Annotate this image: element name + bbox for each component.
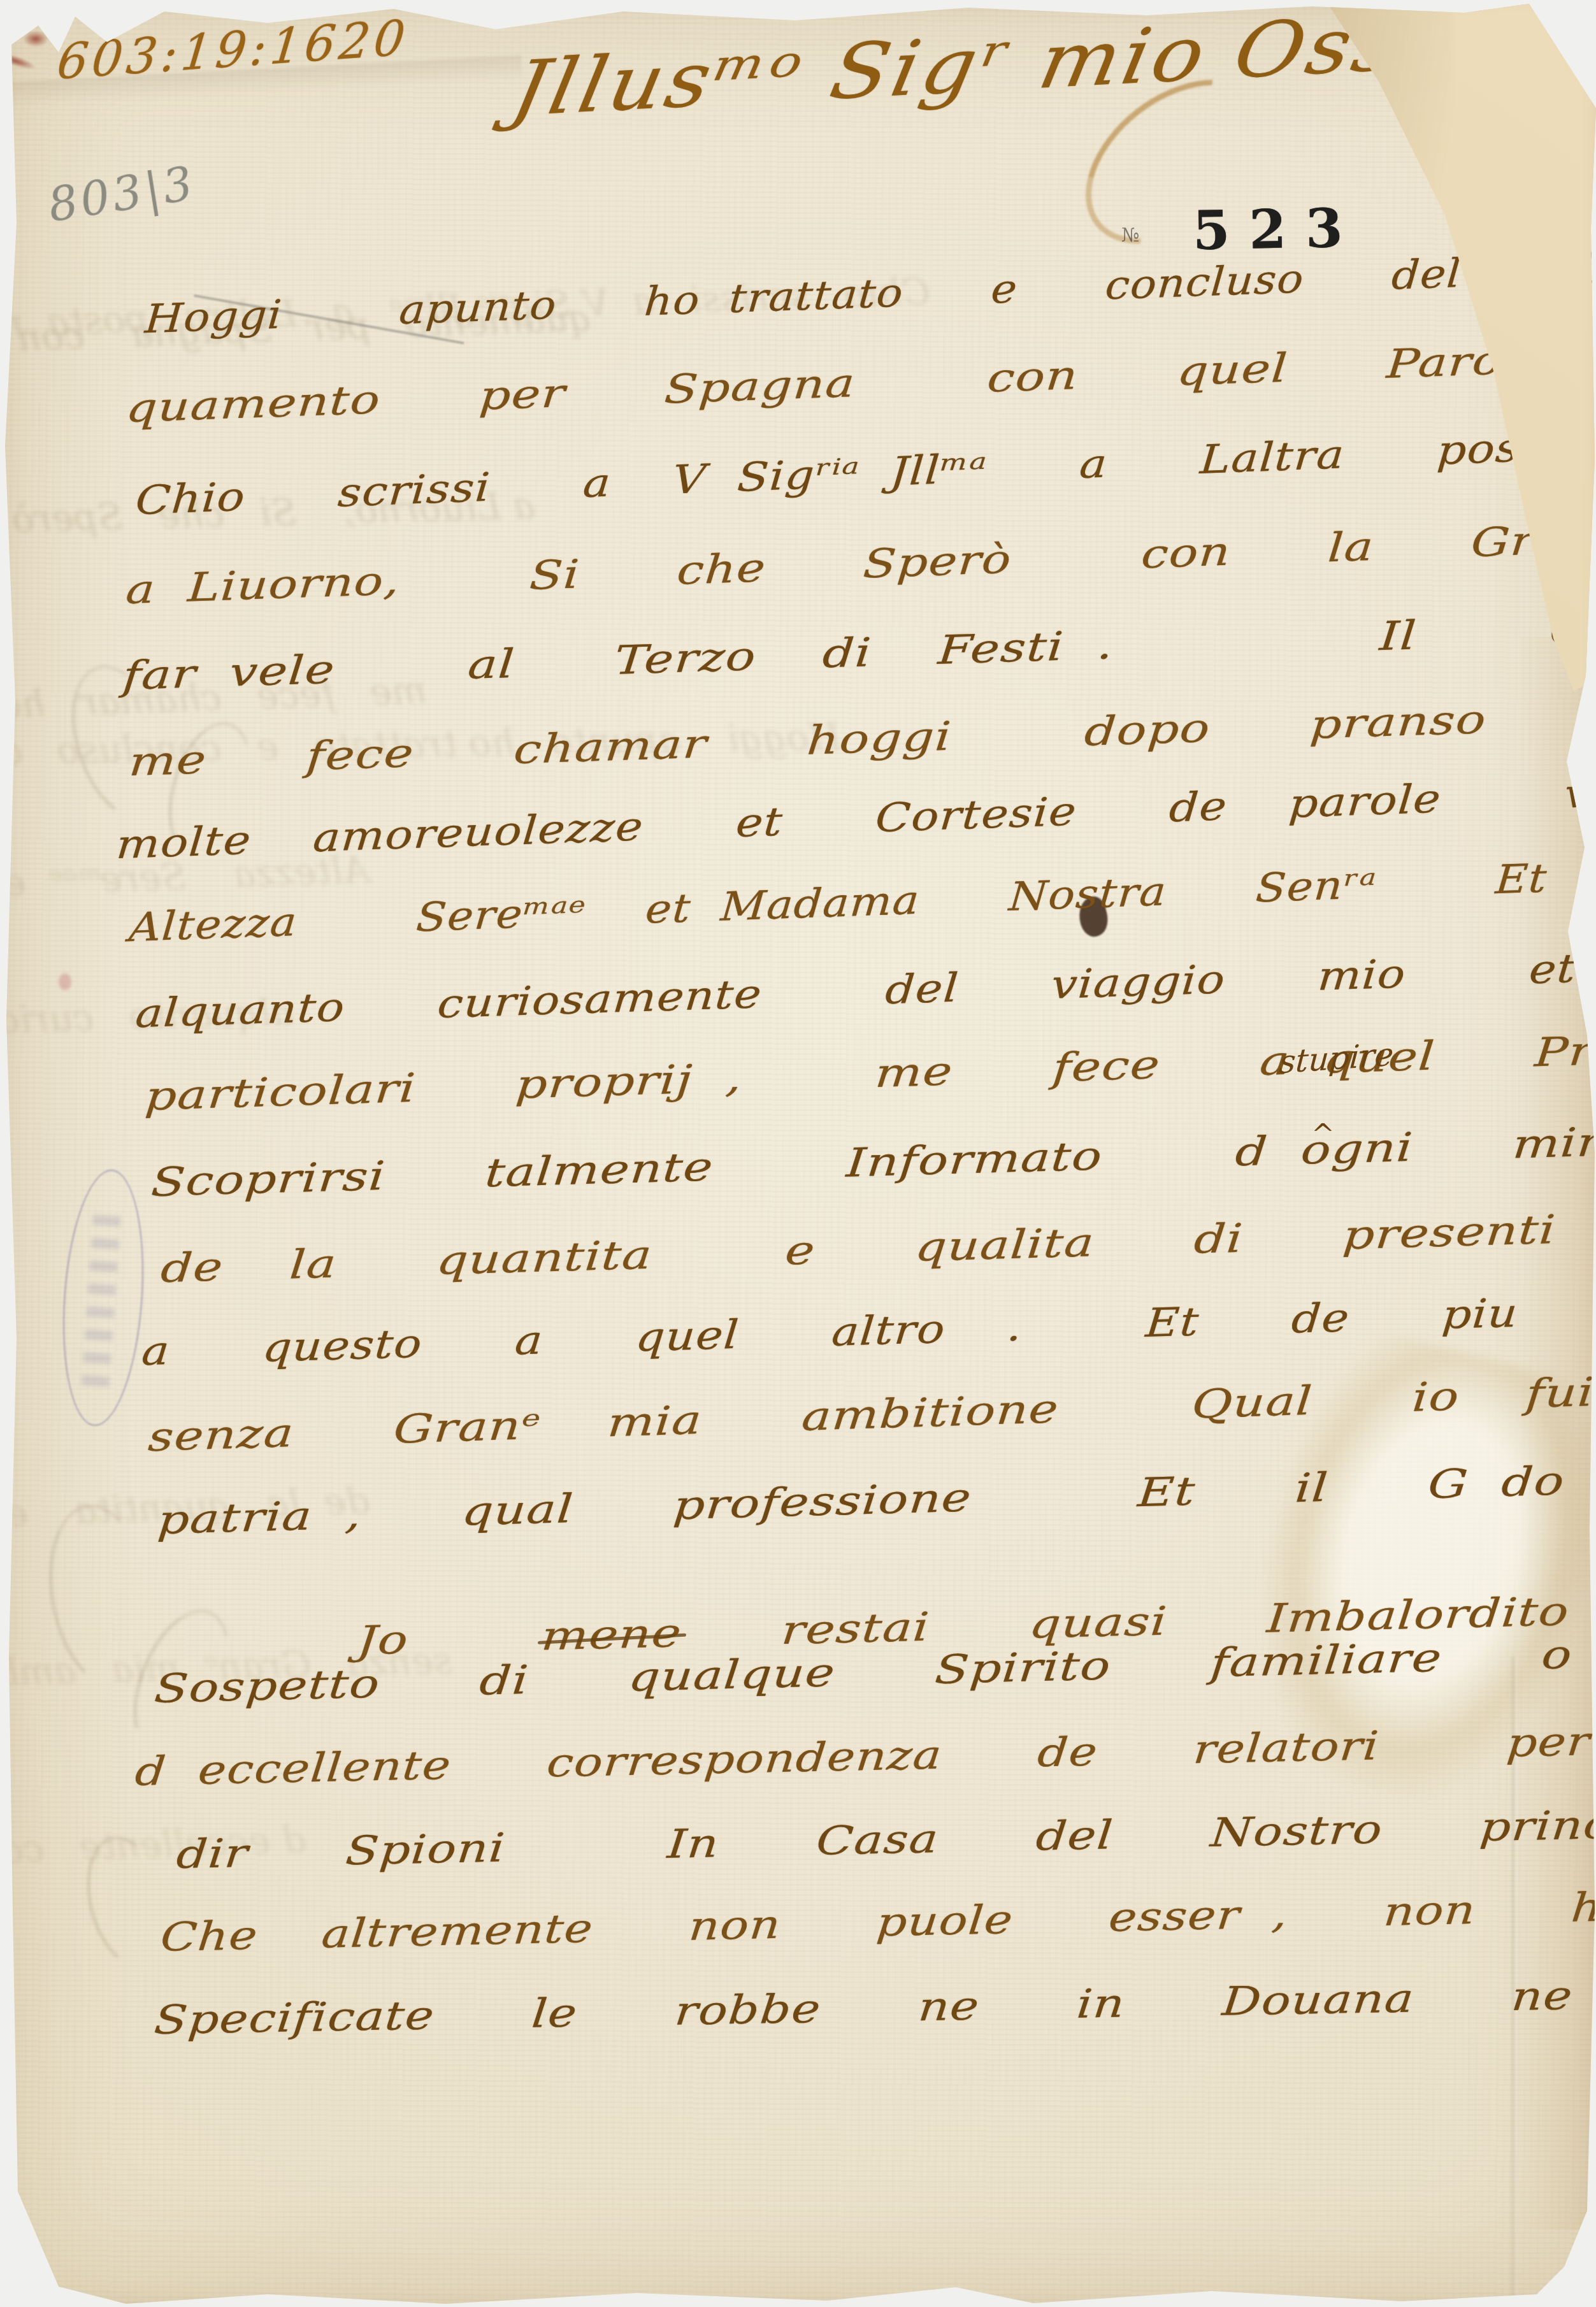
numero-mark: № — [1121, 224, 1139, 247]
archive-oval-stamp — [55, 1167, 152, 1429]
letter-line: dir Spioni In Casa del Nostro principe i… — [175, 1799, 1596, 1875]
letter-line: Specificate le robbe ne in Douana ne alt… — [153, 1971, 1596, 2041]
scanned-letter-page: Chio scrissi a V Sigʳⁱᵃ Jllᵐᵃ a Laltra p… — [0, 0, 1596, 2307]
letter-line: Hoggi apunto ho trattato e concluso del … — [144, 246, 1596, 339]
letter-line: Scoprirsi talmente Informato d ogni minu… — [150, 1118, 1596, 1202]
red-wax-stain — [0, 50, 38, 73]
letter-line: far vele al Terzo di Festi . Il Gran Duc… — [121, 600, 1596, 696]
red-wax-stain — [0, 0, 43, 27]
archive-stamp-letters — [81, 1209, 121, 1387]
letter-line: alquanto curiosamente del viaggio mio et… — [134, 938, 1596, 1033]
pink-spot — [59, 974, 71, 990]
red-wax-stain — [23, 31, 48, 47]
letter-line: Che altremente non puole esser , non hau… — [159, 1882, 1596, 1957]
folio-number-stamp: 523 — [1192, 196, 1362, 262]
struck-word: mene — [540, 1609, 684, 1660]
letter-line: de la quantita e qualita di presenti des… — [159, 1200, 1596, 1288]
letter-line: Chio scrissi a V Sigʳⁱᵃ Jllᵐᵃ a Laltra p… — [134, 415, 1596, 521]
archival-number-pencil: 803|3 — [45, 157, 199, 233]
letter-paper-sheet: Chio scrissi a V Sigʳⁱᵃ Jllᵐᵃ a Laltra p… — [0, 0, 1596, 2307]
insertion-caret: ^ — [1311, 1119, 1335, 1151]
letter-line: molte amoreuolezze et Cortesie de parole… — [115, 765, 1596, 865]
